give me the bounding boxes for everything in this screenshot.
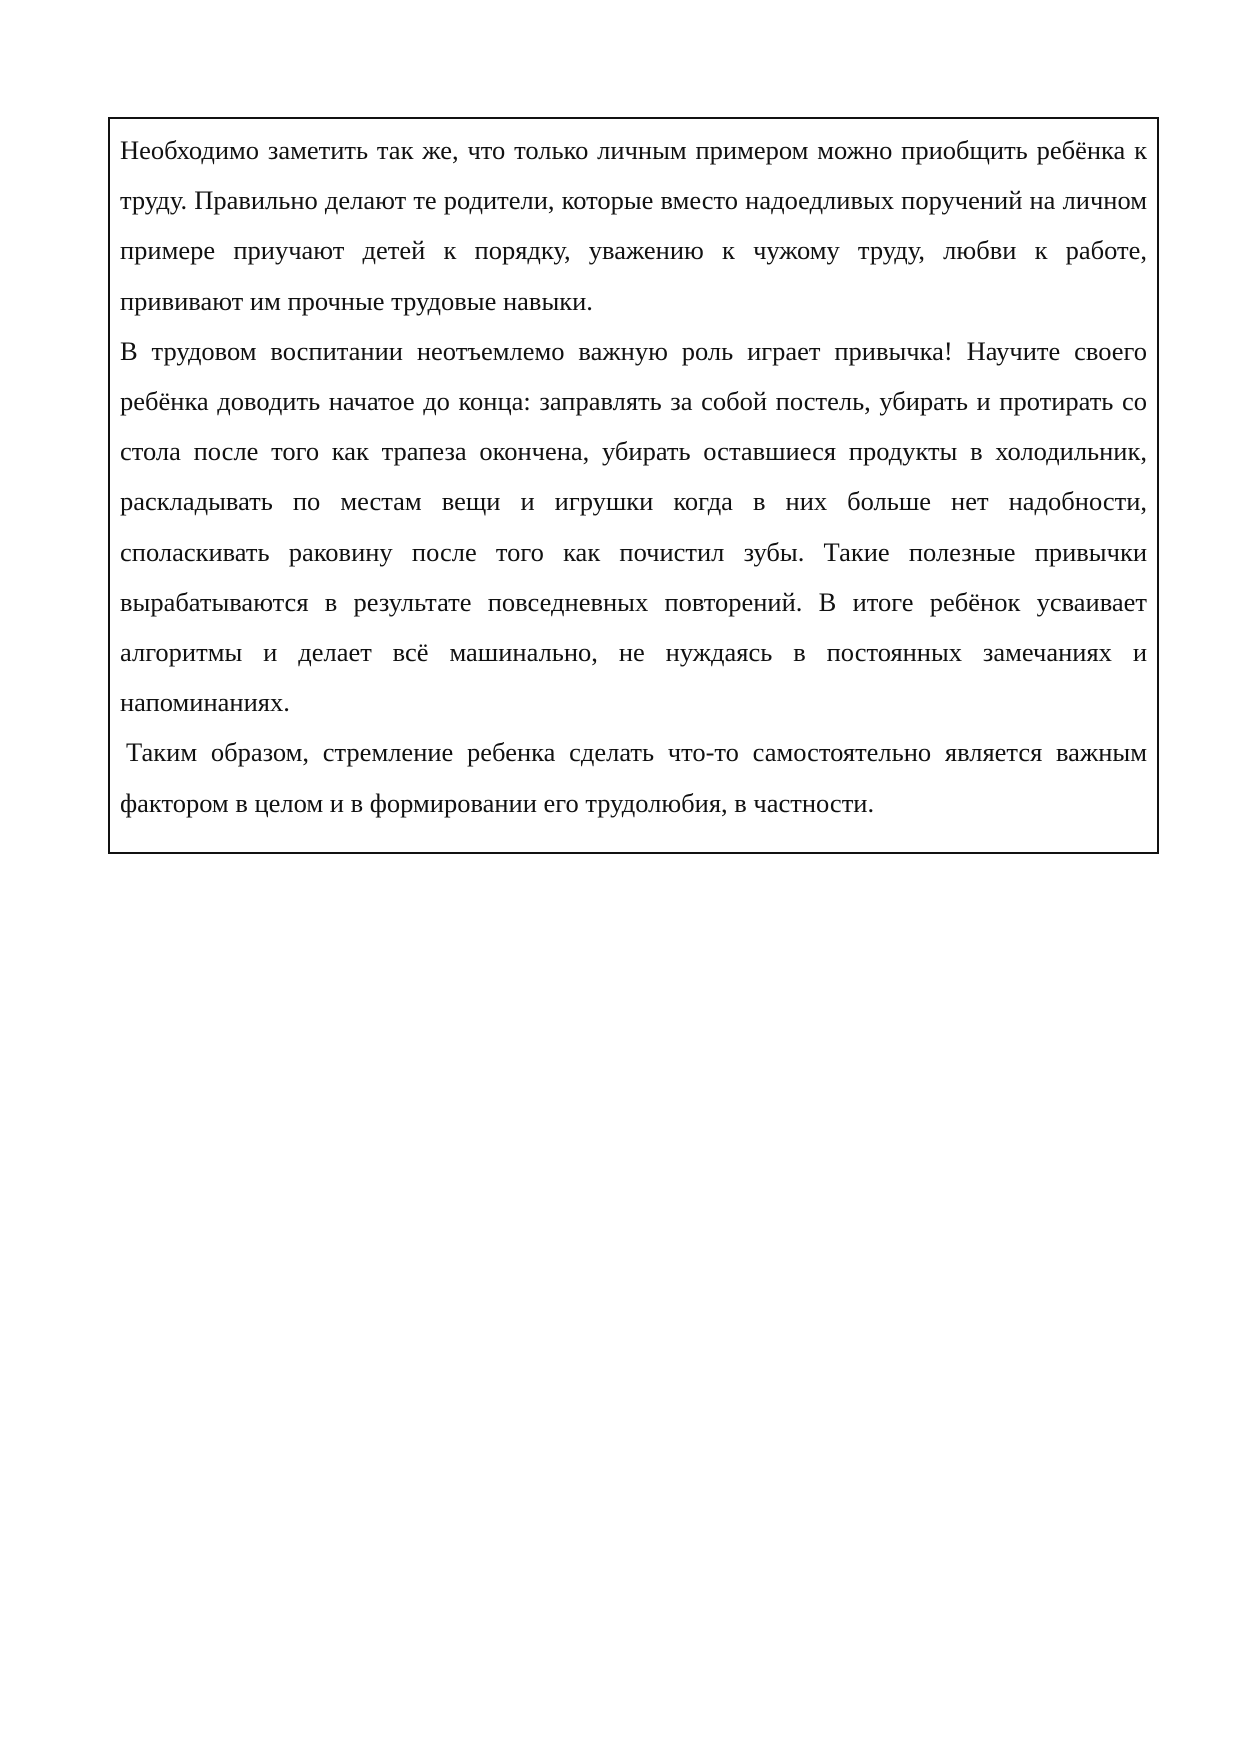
bordered-text-frame: Необходимо заметить так же, что только л…	[108, 117, 1159, 854]
paragraph-habit: В трудовом воспитании неотъемлемо важную…	[120, 326, 1147, 728]
paragraph-personal-example: Необходимо заметить так же, что только л…	[120, 125, 1147, 326]
document-page: Необходимо заметить так же, что только л…	[0, 0, 1241, 1754]
paragraph-conclusion: Таким образом, стремление ребенка сделат…	[120, 727, 1147, 827]
